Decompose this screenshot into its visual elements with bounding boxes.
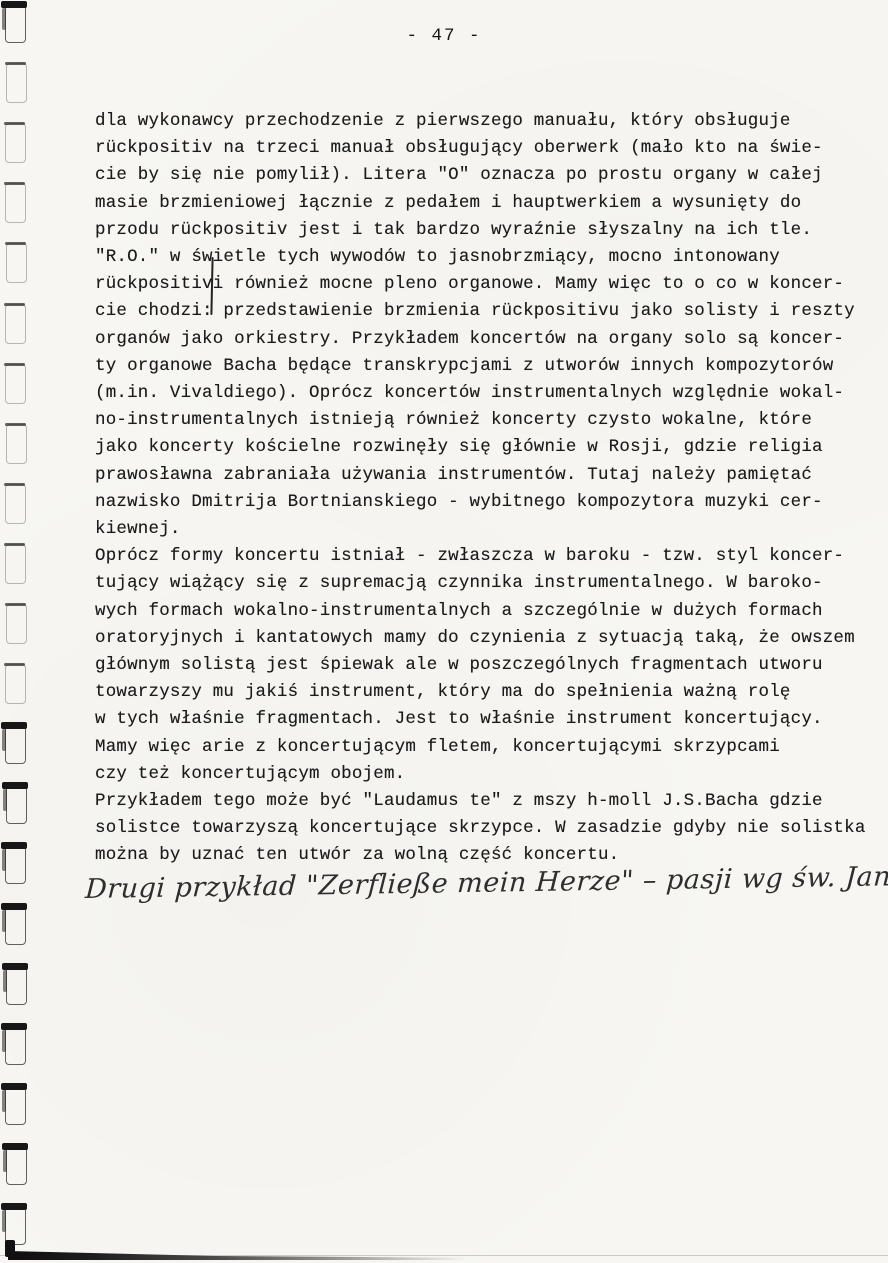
text-line: solistce towarzyszą koncertujące skrzypc…: [95, 815, 885, 842]
binding-hole: [5, 905, 26, 945]
text-line: Mamy więc arie z koncertującym fletem, k…: [95, 734, 885, 761]
text-line: Przykładem tego może być "Laudamus te" z…: [95, 788, 885, 815]
binding-hole: [5, 123, 26, 163]
text-line: masie brzmieniowej łącznie z pedałem i h…: [95, 190, 885, 217]
binding-hole: [5, 664, 26, 704]
binding-hole: [5, 183, 26, 223]
text-line: towarzyszy mu jakiś instrument, który ma…: [95, 679, 885, 706]
text-line: ty organowe Bacha będące transkrypcjami …: [95, 353, 885, 380]
binding-hole: [5, 1085, 26, 1125]
binding-hole: [5, 304, 26, 344]
text-line: dla wykonawcy przechodzenie z pierwszego…: [95, 108, 885, 135]
text-line: no-instrumentalnych istnieją również kon…: [95, 407, 885, 434]
typed-text-block: dla wykonawcy przechodzenie z pierwszego…: [95, 108, 885, 870]
text-line: jako koncerty kościelne rozwinęły się gł…: [95, 434, 885, 461]
binding-hole: [6, 424, 27, 464]
text-line: Oprócz formy koncertu istniał - zwłaszcz…: [95, 543, 885, 570]
text-line: organów jako orkiestry. Przykładem konce…: [95, 326, 885, 353]
binding-hole: [6, 604, 27, 644]
binding-hole: [5, 544, 26, 584]
text-line: czy też koncertującym obojem.: [95, 761, 885, 788]
binding-hole: [5, 1025, 26, 1065]
text-line: kiewnej.: [95, 516, 885, 543]
text-line: wych formach wokalno-instrumentalnych a …: [95, 598, 885, 625]
binding-holes: [0, 0, 40, 1263]
binding-hole: [6, 784, 27, 824]
text-line: rückpositiv na trzeci manuał obsługujący…: [95, 135, 885, 162]
binding-hole: [5, 724, 26, 764]
text-line: cie chodzi: przedstawienie brzmienia rüc…: [95, 298, 885, 325]
scan-corner-artifact: [5, 1240, 15, 1257]
text-line: oratoryjnych i kantatowych mamy do czyni…: [95, 625, 885, 652]
binding-hole: [6, 1145, 27, 1185]
binding-hole: [5, 364, 26, 404]
binding-hole: [6, 965, 27, 1005]
text-line: nazwisko Dmitrija Bortnianskiego - wybit…: [95, 489, 885, 516]
text-line: tujący wiążący się z supremacją czynnika…: [95, 570, 885, 597]
text-line: rückpositivi również mocne pleno organow…: [95, 271, 885, 298]
text-line: cie by się nie pomylił). Litera "O" ozna…: [95, 162, 885, 189]
binding-hole: [6, 243, 27, 283]
binding-hole: [5, 844, 26, 884]
page-number: - 47 -: [0, 26, 888, 46]
document-page: - 47 - dla wykonawcy przechodzenie z pie…: [0, 0, 888, 1263]
binding-hole: [6, 63, 27, 103]
text-line: w tych właśnie fragmentach. Jest to właś…: [95, 706, 885, 733]
binding-hole: [5, 484, 26, 524]
text-line: przodu rückpositiv jest i tak bardzo wyr…: [95, 217, 885, 244]
binding-hole: [5, 1205, 26, 1245]
text-line: prawosławna zabraniała używania instrume…: [95, 462, 885, 489]
text-line: (m.in. Vivaldiego). Oprócz koncertów ins…: [95, 380, 885, 407]
text-line: głównym solistą jest śpiewak ale w poszc…: [95, 652, 885, 679]
